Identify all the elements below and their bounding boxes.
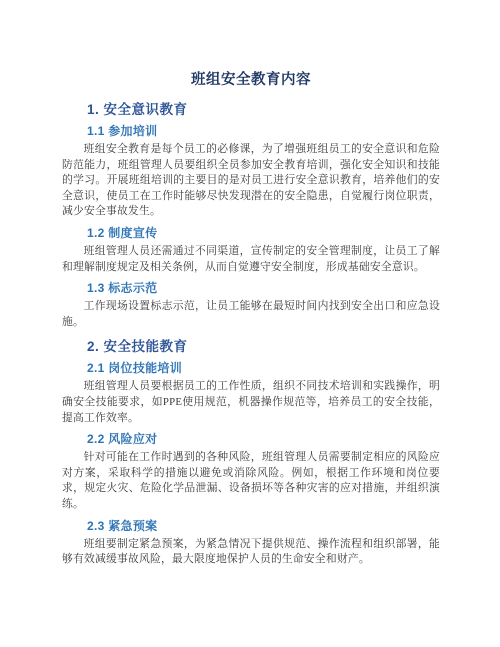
paragraph-emergency-plan: 班组要制定紧急预案，为紧急情况下提供规范、操作流程和组织部署，能够有效减缓事故风… (62, 537, 440, 568)
subsection-heading-policy-promotion: 1.2 制度宣传 (62, 226, 440, 241)
paragraph-risk-response: 针对可能在工作时遇到的各种风险，班组管理人员需要制定相应的风险应对方案，采取科学… (62, 450, 440, 512)
section-heading-safety-skills: 2. 安全技能教育 (62, 338, 440, 355)
subsection-heading-risk-response: 2.2 风险应对 (62, 432, 440, 447)
section-heading-safety-awareness: 1. 安全意识教育 (62, 101, 440, 118)
document-page: 班组安全教育内容 1. 安全意识教育 1.1 参加培训 班组安全教育是每个员工的… (0, 0, 500, 647)
paragraph-job-skill-training: 班组管理人员要根据员工的工作性质，组织不同技术培训和实践操作，明确安全技能要求，… (62, 379, 440, 426)
subsection-heading-signage-demonstration: 1.3 标志示范 (62, 281, 440, 296)
paragraph-policy-promotion: 班组管理人员还需通过不同渠道，宣传制定的安全管理制度，让员工了解和理解制度规定及… (62, 244, 440, 275)
subsection-heading-job-skill-training: 2.1 岗位技能培训 (62, 361, 440, 376)
paragraph-training-participation: 班组安全教育是每个员工的必修课，为了增强班组员工的安全意识和危险防范能力，班组管… (62, 142, 440, 220)
paragraph-signage-demonstration: 工作现场设置标志示范，让员工能够在最短时间内找到安全出口和应急设施。 (62, 299, 440, 330)
subsection-heading-training-participation: 1.1 参加培训 (62, 124, 440, 139)
subsection-heading-emergency-plan: 2.3 紧急预案 (62, 519, 440, 534)
document-title: 班组安全教育内容 (62, 72, 440, 89)
